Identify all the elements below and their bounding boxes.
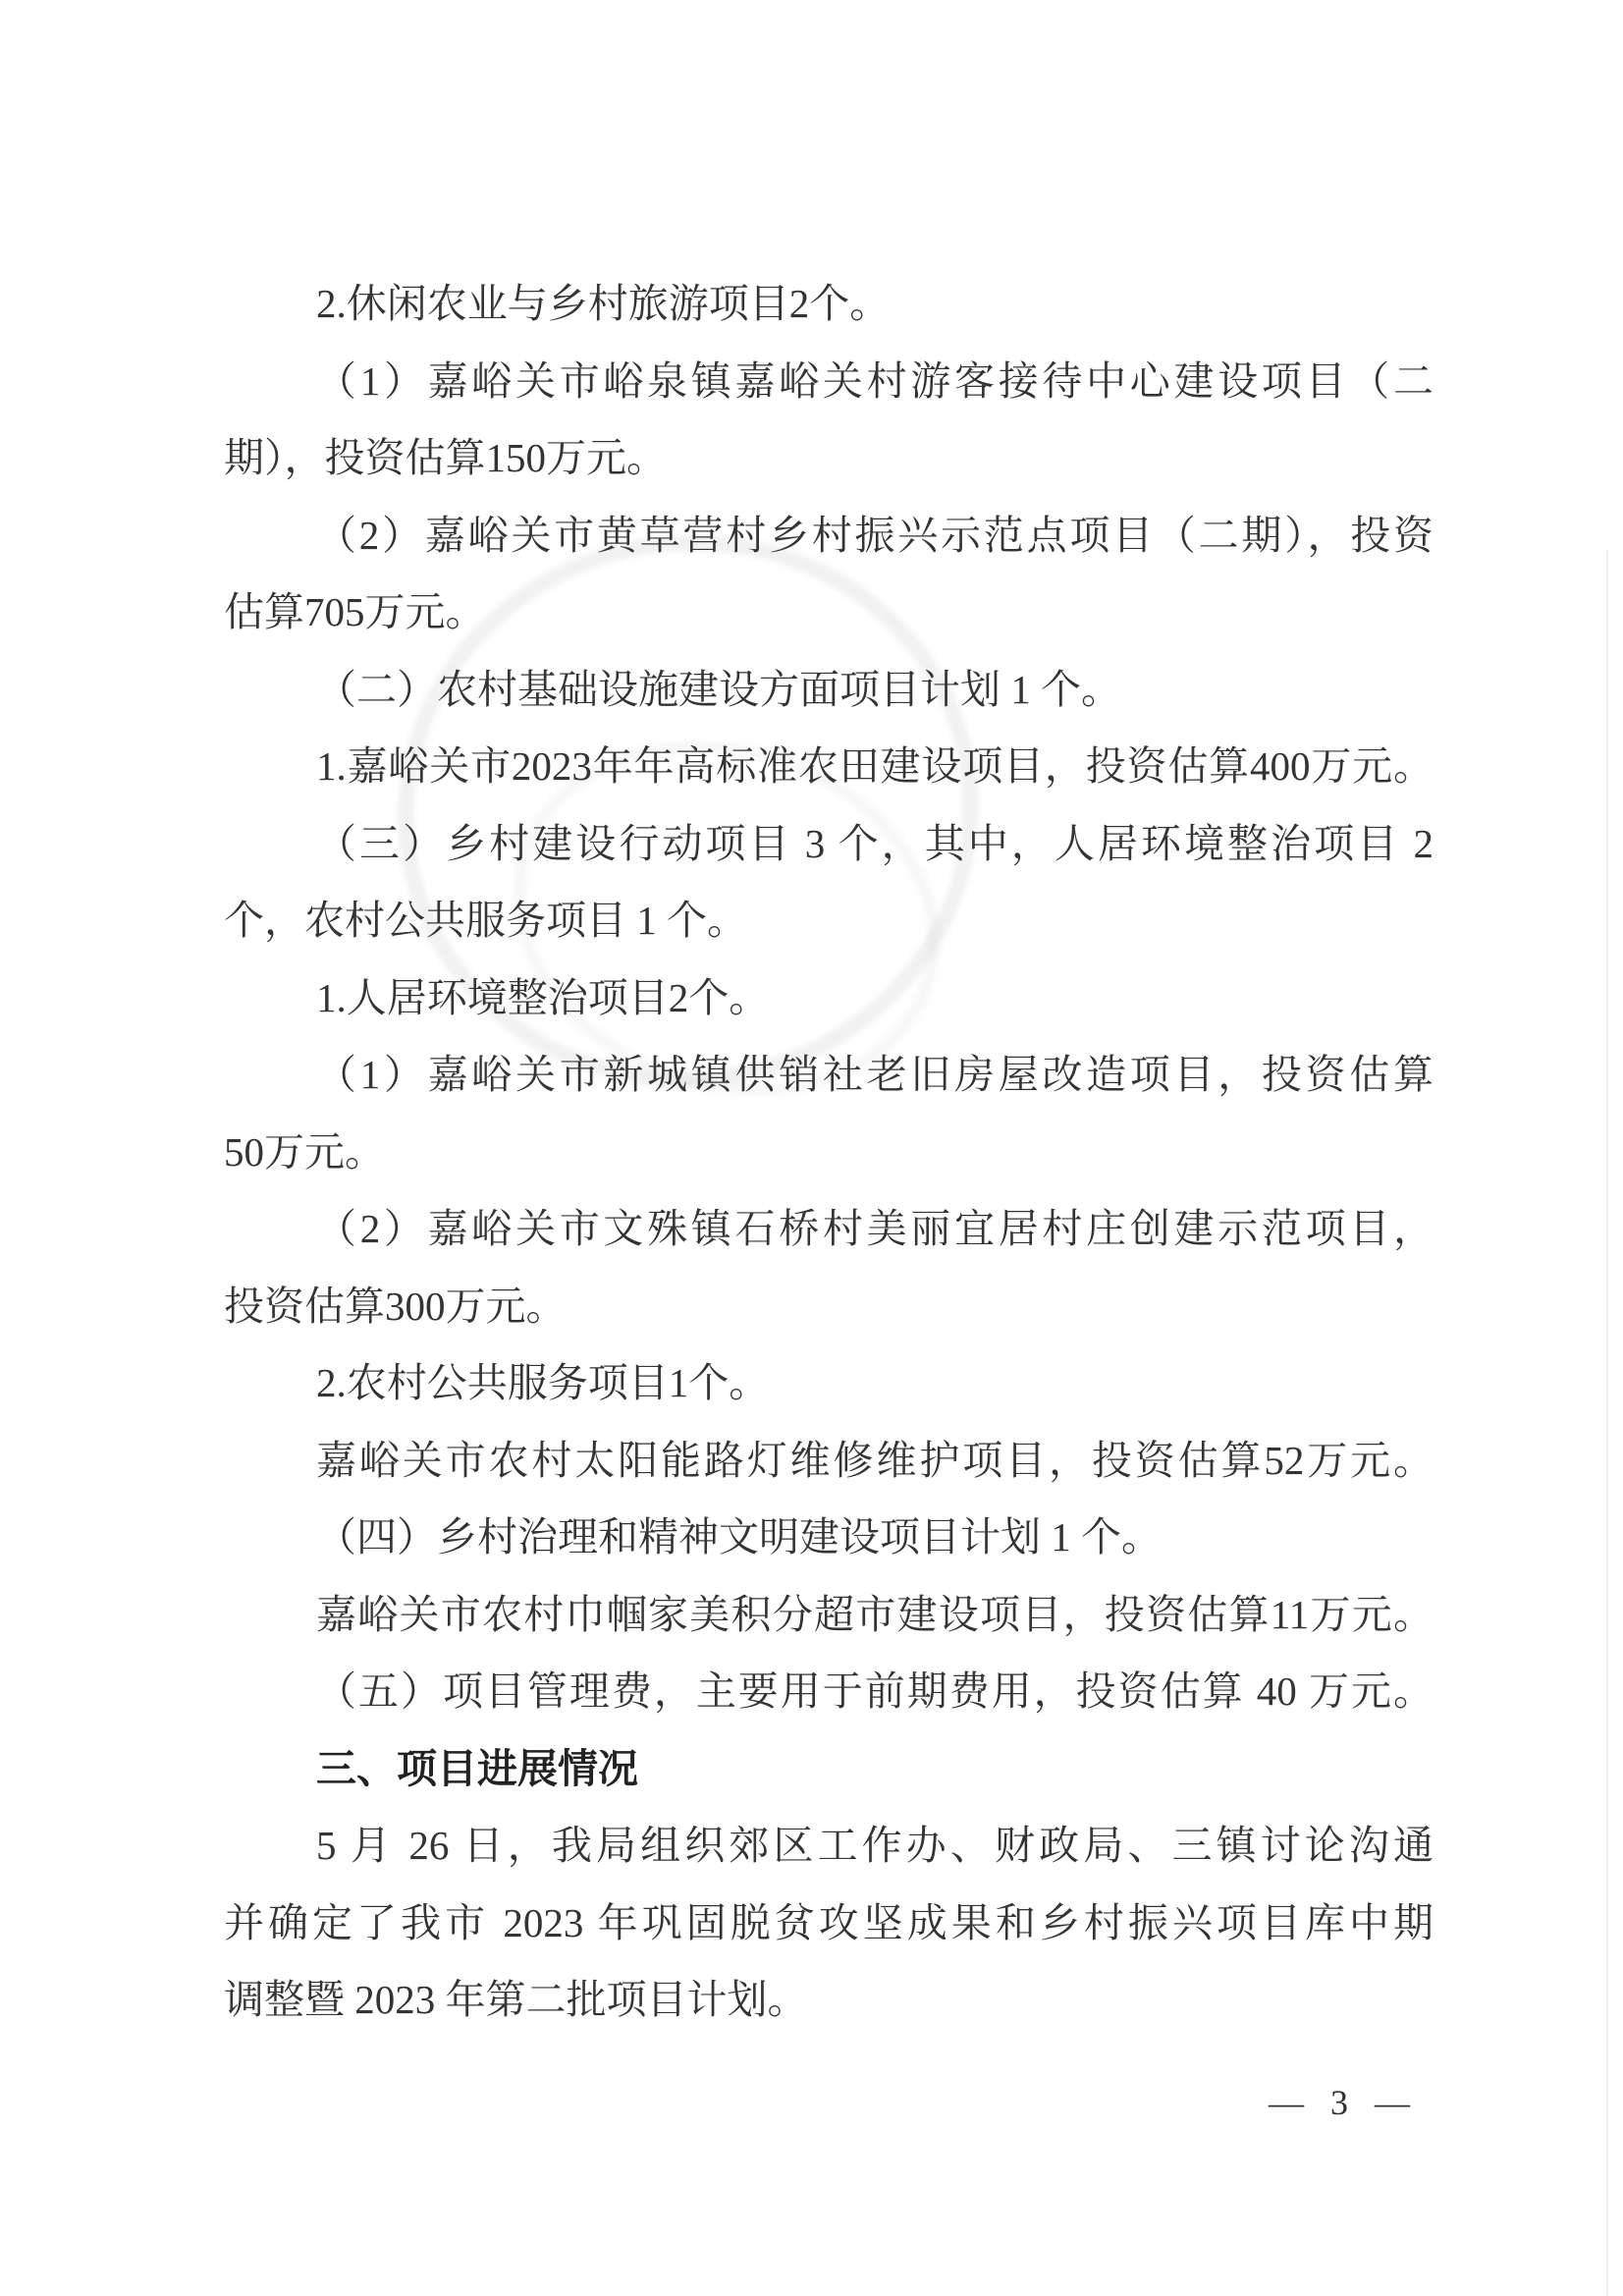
text-line: （2）嘉峪关市文殊镇石桥村美丽宜居村庄创建示范项目， <box>224 1190 1434 1268</box>
text-line: 嘉峪关市农村太阳能路灯维修维护项目，投资估算52万元。 <box>224 1422 1434 1500</box>
text-line: 期），投资估算150万元。 <box>224 419 1434 497</box>
text-line: （二）农村基础设施建设方面项目计划 1 个。 <box>224 651 1434 729</box>
text-line: 调整暨 2023 年第二批项目计划。 <box>224 1961 1434 2039</box>
scan-edge-artifact <box>1606 550 1608 2296</box>
text-line: 并确定了我市 2023 年巩固脱贫攻坚成果和乡村振兴项目库中期 <box>224 1885 1434 1962</box>
text-line: 5 月 26 日，我局组织郊区工作办、财政局、三镇讨论沟通 <box>224 1807 1434 1885</box>
text-line: 估算705万元。 <box>224 574 1434 651</box>
text-line: （四）乡村治理和精神文明建设项目计划 1 个。 <box>224 1499 1434 1576</box>
text-line: （五）项目管理费，主要用于前期费用，投资估算 40 万元。 <box>224 1653 1434 1730</box>
text-block: 2.休闲农业与乡村旅游项目2个。 （1）嘉峪关市峪泉镇嘉峪关村游客接待中心建设项… <box>224 265 1434 2039</box>
text-line: 嘉峪关市农村巾帼家美积分超市建设项目，投资估算11万元。 <box>224 1576 1434 1654</box>
section-heading: 三、项目进展情况 <box>224 1730 1434 1808</box>
text-line: （2）嘉峪关市黄草营村乡村振兴示范点项目（二期），投资 <box>224 497 1434 574</box>
text-line: 1.嘉峪关市2023年年高标准农田建设项目，投资估算400万元。 <box>224 728 1434 805</box>
text-line: （1）嘉峪关市新城镇供销社老旧房屋改造项目，投资估算 <box>224 1036 1434 1114</box>
document-page: 2.休闲农业与乡村旅游项目2个。 （1）嘉峪关市峪泉镇嘉峪关村游客接待中心建设项… <box>0 0 1623 2296</box>
text-line: 50万元。 <box>224 1114 1434 1191</box>
text-line: （1）嘉峪关市峪泉镇嘉峪关村游客接待中心建设项目（二 <box>224 343 1434 420</box>
page-number: — 3 — <box>1269 2082 1419 2123</box>
text-line: 2.农村公共服务项目1个。 <box>224 1344 1434 1422</box>
text-line: 2.休闲农业与乡村旅游项目2个。 <box>224 265 1434 343</box>
text-line: 投资估算300万元。 <box>224 1268 1434 1345</box>
text-line: 个，农村公共服务项目 1 个。 <box>224 882 1434 959</box>
text-line: 1.人居环境整治项目2个。 <box>224 959 1434 1037</box>
text-line: （三）乡村建设行动项目 3 个，其中，人居环境整治项目 2 <box>224 805 1434 883</box>
